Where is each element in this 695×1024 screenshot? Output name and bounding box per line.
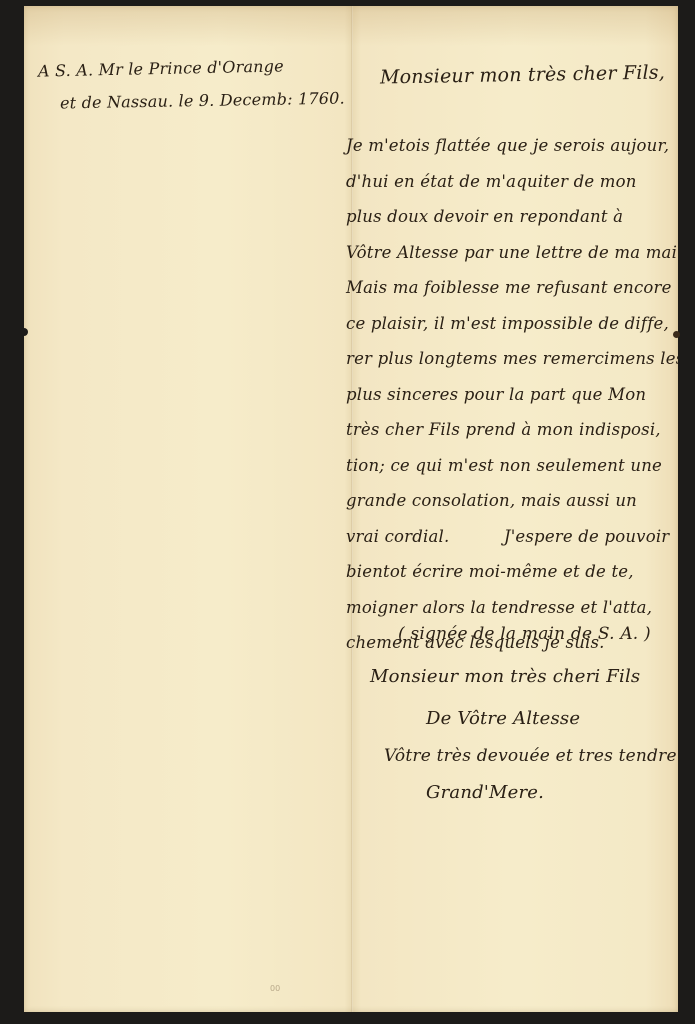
closing-line-4: Grand'Mere. bbox=[426, 782, 544, 803]
closing-line-2: De Vôtre Altesse bbox=[426, 708, 580, 729]
signed-note: ( signée de la main de S. A. ) bbox=[398, 624, 651, 644]
closing-line-1: Monsieur mon très cheri Fils bbox=[370, 666, 640, 687]
body-line: tion; ce qui m'est non seulement une bbox=[346, 448, 678, 484]
address-line-1: A S. A. Mr le Prince d'Orange bbox=[38, 53, 284, 84]
body-line: grande consolation, mais aussi un bbox=[346, 483, 678, 519]
body-line: plus doux devoir en repondant à bbox=[346, 199, 678, 235]
body-line: Mais ma foiblesse me refusant encore bbox=[346, 270, 678, 306]
binding-hole-mark bbox=[673, 331, 680, 338]
body-line: moigner alors la tendresse et l'atta, bbox=[346, 590, 678, 626]
salutation: Monsieur mon très cher Fils, bbox=[380, 62, 665, 89]
body-line: vrai cordial. J'espere de pouvoir bbox=[346, 519, 678, 555]
address-line-2: et de Nassau. le 9. Decemb: 1760. bbox=[60, 86, 345, 117]
letter-body: Je m'etois flattée que je serois aujour,… bbox=[346, 128, 678, 661]
body-line: très cher Fils prend à mon indisposi, bbox=[346, 412, 678, 448]
body-line: plus sinceres pour la part que Mon bbox=[346, 377, 678, 413]
body-line: d'hui en état de m'aquiter de mon bbox=[346, 164, 678, 200]
letter-page: A S. A. Mr le Prince d'Orange et de Nass… bbox=[24, 6, 678, 1012]
body-line: Vôtre Altesse par une lettre de ma main. bbox=[346, 235, 678, 271]
body-line: bientot écrire moi-même et de te, bbox=[346, 554, 678, 590]
closing-line-3: Vôtre très devouée et tres tendre bbox=[384, 746, 677, 766]
archive-mark: 00 bbox=[270, 984, 280, 993]
binding-hole-mark bbox=[20, 328, 28, 336]
body-line: ce plaisir, il m'est impossible de diffe… bbox=[346, 306, 678, 342]
body-line: rer plus longtems mes remercimens les bbox=[346, 341, 678, 377]
body-line: Je m'etois flattée que je serois aujour, bbox=[346, 128, 678, 164]
